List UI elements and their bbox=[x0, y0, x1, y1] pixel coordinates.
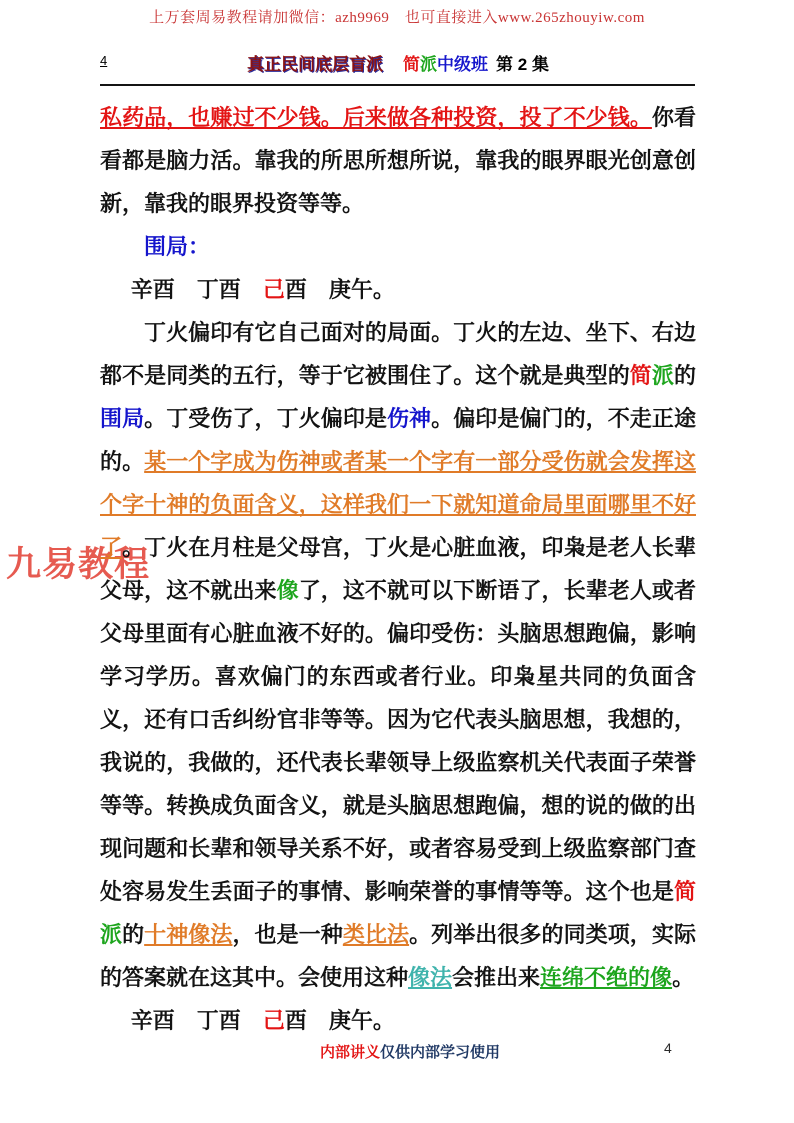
pillars-red-char: 己 bbox=[263, 277, 285, 302]
pillars-text: 辛酉 丁酉 bbox=[131, 277, 263, 302]
shangshen-blue-term: 伤神 bbox=[387, 406, 431, 431]
pillars-text: 酉 庚午。 bbox=[285, 277, 395, 302]
xiangfa-teal-term: 像法 bbox=[408, 965, 452, 990]
bazi-pillars-line-2: 辛酉 丁酉 己酉 庚午。 bbox=[100, 999, 696, 1042]
body-text: 丁火偏印有它自己面对的局面。丁火的左边、坐下、右边都不是同类的五行，等于它被围住… bbox=[100, 320, 696, 388]
page-header: 4 真正民间底层盲派简派中级班第 2 集 bbox=[100, 50, 696, 76]
top-contact-notice: 上万套周易教程请加微信：azh9969 也可直接进入www.265zhouyiw… bbox=[0, 6, 794, 27]
header-page-number: 4 bbox=[100, 53, 107, 68]
body-text: 。 bbox=[672, 965, 694, 990]
body-text: ，也是一种 bbox=[232, 922, 342, 947]
pai-green-char: 派 bbox=[652, 363, 674, 388]
shishen-xiangfa-term: 十神像法 bbox=[144, 922, 232, 947]
footer-navy-text: 仅供内部学习使用 bbox=[380, 1044, 500, 1061]
body-text: 。丁受伤了，丁火偏印是 bbox=[144, 406, 387, 431]
footer-page-number: 4 bbox=[664, 1040, 672, 1056]
document-page: 上万套周易教程请加微信：azh9969 也可直接进入www.265zhouyiw… bbox=[0, 0, 794, 1123]
pillars-text: 辛酉 丁酉 bbox=[131, 1008, 263, 1033]
red-underline-text: 私药品，也赚过不少钱。后来做各种投资，投了不少钱。 bbox=[100, 105, 652, 130]
footer-red-text: 内部讲义 bbox=[320, 1044, 380, 1061]
jian-red-char: 简 bbox=[674, 879, 696, 904]
weiju-blue-term: 围局 bbox=[100, 406, 144, 431]
bazi-pillars-line-1: 辛酉 丁酉 己酉 庚午。 bbox=[100, 268, 696, 311]
header-divider bbox=[100, 84, 695, 86]
body-text: 会推出来 bbox=[452, 965, 540, 990]
header-title-pai: 派 bbox=[420, 55, 437, 74]
pai-green-char: 派 bbox=[100, 922, 122, 947]
paragraph-analysis: 丁火偏印有它自己面对的局面。丁火的左边、坐下、右边都不是同类的五行，等于它被围住… bbox=[100, 311, 696, 999]
page-footer: 内部讲义仅供内部学习使用 bbox=[320, 1041, 500, 1062]
header-title-episode: 第 2 集 bbox=[496, 55, 549, 74]
header-title-class: 中级班 bbox=[437, 55, 488, 74]
header-title-main: 真正民间底层盲派 bbox=[247, 55, 383, 74]
paragraph-investments: 私药品，也赚过不少钱。后来做各种投资，投了不少钱。你看看都是脑力活。靠我的所思所… bbox=[100, 96, 696, 225]
section-heading-weiju: 围局： bbox=[100, 225, 696, 268]
lianmian-green-term: 连绵不绝的像 bbox=[540, 965, 672, 990]
body-text: 的 bbox=[674, 363, 696, 388]
header-title-jian: 简 bbox=[403, 55, 420, 74]
body-text: 的 bbox=[122, 922, 144, 947]
jian-red-char: 简 bbox=[630, 363, 652, 388]
pillars-text: 酉 庚午。 bbox=[285, 1008, 395, 1033]
leibifa-term: 类比法 bbox=[343, 922, 409, 947]
xiang-green-char: 像 bbox=[277, 578, 299, 603]
pillars-red-char: 己 bbox=[263, 1008, 285, 1033]
document-body: 私药品，也赚过不少钱。后来做各种投资，投了不少钱。你看看都是脑力活。靠我的所思所… bbox=[100, 96, 696, 1042]
body-text: 了，这不就可以下断语了，长辈老人或者父母里面有心脏血液不好的。偏印受伤：头脑思想… bbox=[100, 578, 696, 904]
header-title: 真正民间底层盲派简派中级班第 2 集 bbox=[100, 50, 696, 75]
